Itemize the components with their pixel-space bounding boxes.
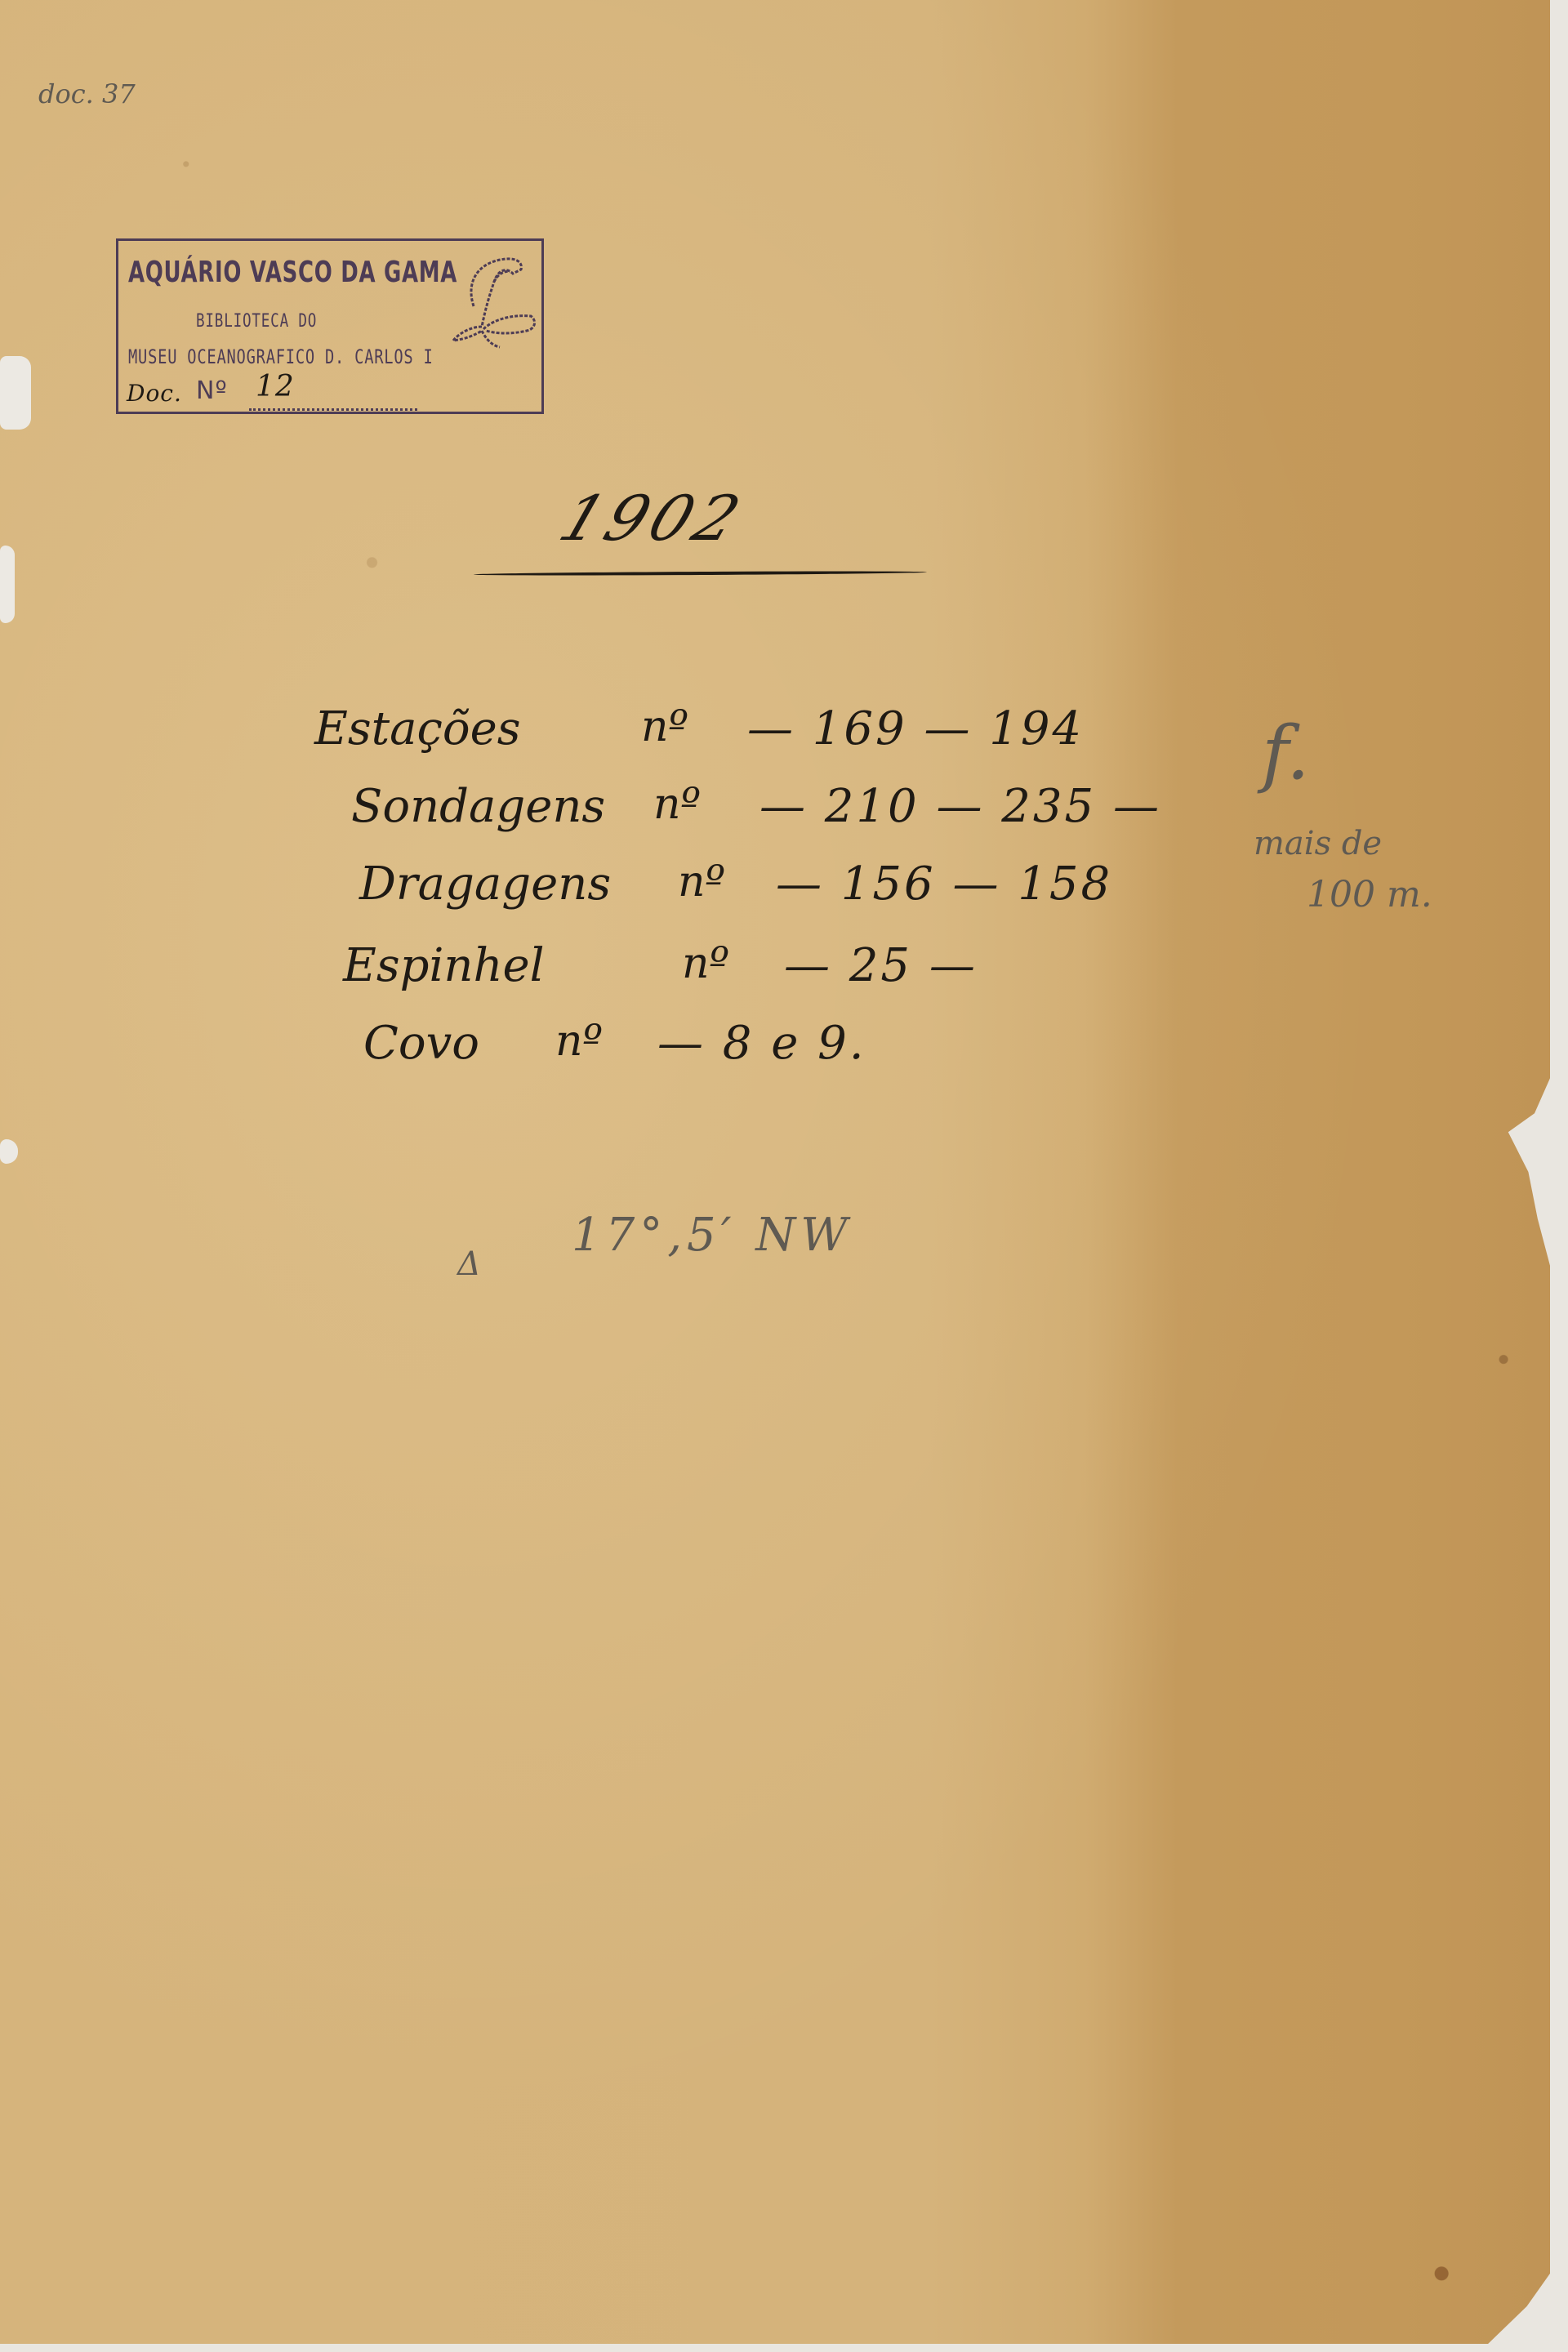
entry-label: Espinhel [343,939,545,992]
dolphin-emblem-icon [441,249,547,351]
bearing-delta-symbol: Δ [457,1245,481,1283]
library-stamp: AQUÁRIO VASCO DA GAMA BIBLIOTECA DO MUSE… [116,238,544,414]
stamp-doc-number: 12 [256,370,295,403]
entry-row: Dragagens nº — 156 — 158 [359,857,1258,931]
entry-no: nº [641,702,688,751]
entry-row: Covo nº — 8 e 9. [363,1017,1262,1090]
entry-row: Estações nº — 169 — 194 [314,702,1213,776]
entry-label: Sondagens [351,780,605,833]
margin-note-mark: f. [1262,710,1310,796]
stamp-doc-label: Doc. [127,380,182,407]
stamp-museum: MUSEU OCEANOGRAFICO D. CARLOS I [128,345,434,368]
stamp-subtitle: BIBLIOTECA DO [196,311,317,332]
entry-range: — 156 — 158 [776,857,1112,911]
entry-label: Dragagens [359,857,611,911]
entry-no: nº [682,939,729,988]
entry-label: Covo [363,1017,479,1070]
stamp-dotted-line [249,408,417,411]
punch-hole-tear [0,356,31,430]
entry-range: — 25 — [784,939,978,992]
document-page: doc. 37 AQUÁRIO VASCO DA GAMA BIBLIOTECA… [0,0,1550,2344]
entry-row: Sondagens nº — 210 — 235 — [351,780,1249,853]
punch-hole-tear [0,546,15,623]
year-underline [474,571,927,577]
entry-row: Espinhel nº — 25 — [343,939,1241,1013]
stamp-number-label: Nº [196,376,228,405]
document-year: 1902 [550,482,755,555]
entry-no: nº [555,1017,603,1066]
edge-tear [0,1139,18,1164]
margin-note-line: mais de [1254,825,1382,862]
archive-note: doc. 37 [38,78,136,109]
entry-range: — 210 — 235 — [759,780,1161,833]
entry-no: nº [678,857,725,906]
entry-label: Estações [314,702,520,755]
stamp-title: AQUÁRIO VASCO DA GAMA [128,256,457,289]
entry-no: nº [653,780,701,829]
margin-note-line: 100 m. [1307,874,1432,915]
entry-range: — 169 — 194 [747,702,1084,755]
entry-range: — 8 e 9. [657,1017,866,1070]
bearing-value: 17°,5′ NW [572,1209,853,1262]
